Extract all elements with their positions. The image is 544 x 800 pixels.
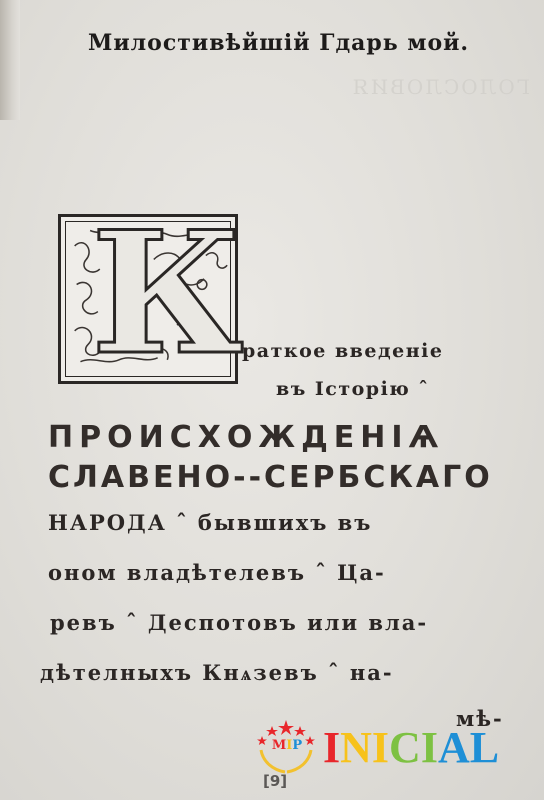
brand-letter: I bbox=[372, 723, 389, 772]
body-line-8: дѣтелныхъ Кнѧзевъ ˆ на- bbox=[40, 660, 394, 686]
brand-letter: I bbox=[421, 723, 438, 772]
body-line-3-title: ПРОИСХОЖДЕНІѦ bbox=[48, 420, 444, 455]
brand-wordmark: INICIAL bbox=[323, 722, 499, 773]
body-line-4-title: СЛАВЕНО--СЕРБСКАГО bbox=[48, 460, 493, 495]
emblem-letter-p: P bbox=[292, 738, 302, 753]
body-line-6: оном владѣтелевъ ˆ Ца- bbox=[48, 560, 386, 585]
bleed-through-text: ГОЛОСЛОВИЯ bbox=[290, 70, 530, 104]
body-line-7: ревъ ˆ Деспотовъ или вла- bbox=[50, 610, 428, 635]
page-number: [9] bbox=[263, 772, 287, 790]
mip-emblem: MIP bbox=[255, 718, 317, 774]
drop-cap-letter: К bbox=[91, 209, 244, 377]
brand-letter: I bbox=[323, 723, 340, 772]
book-gutter-shadow bbox=[0, 0, 20, 120]
body-line-2: въ Історію ˆ bbox=[276, 378, 429, 400]
brand-letter: C bbox=[389, 723, 421, 772]
brand-letter: L bbox=[470, 723, 499, 772]
inicial-watermark-logo: MIP INICIAL bbox=[255, 718, 525, 774]
emblem-letters: MIP bbox=[265, 738, 309, 753]
emblem-letter-m: M bbox=[272, 738, 286, 753]
ornamented-drop-cap: К bbox=[58, 214, 238, 384]
header-salutation: Милостивѣйшій Гдарь мой. bbox=[88, 30, 469, 56]
body-line-5: НАРОДА ˆ бывшихъ въ bbox=[48, 510, 372, 535]
brand-letter: N bbox=[340, 723, 372, 772]
body-line-1: раткое введеніе bbox=[242, 340, 443, 362]
brand-letter: A bbox=[438, 723, 470, 772]
